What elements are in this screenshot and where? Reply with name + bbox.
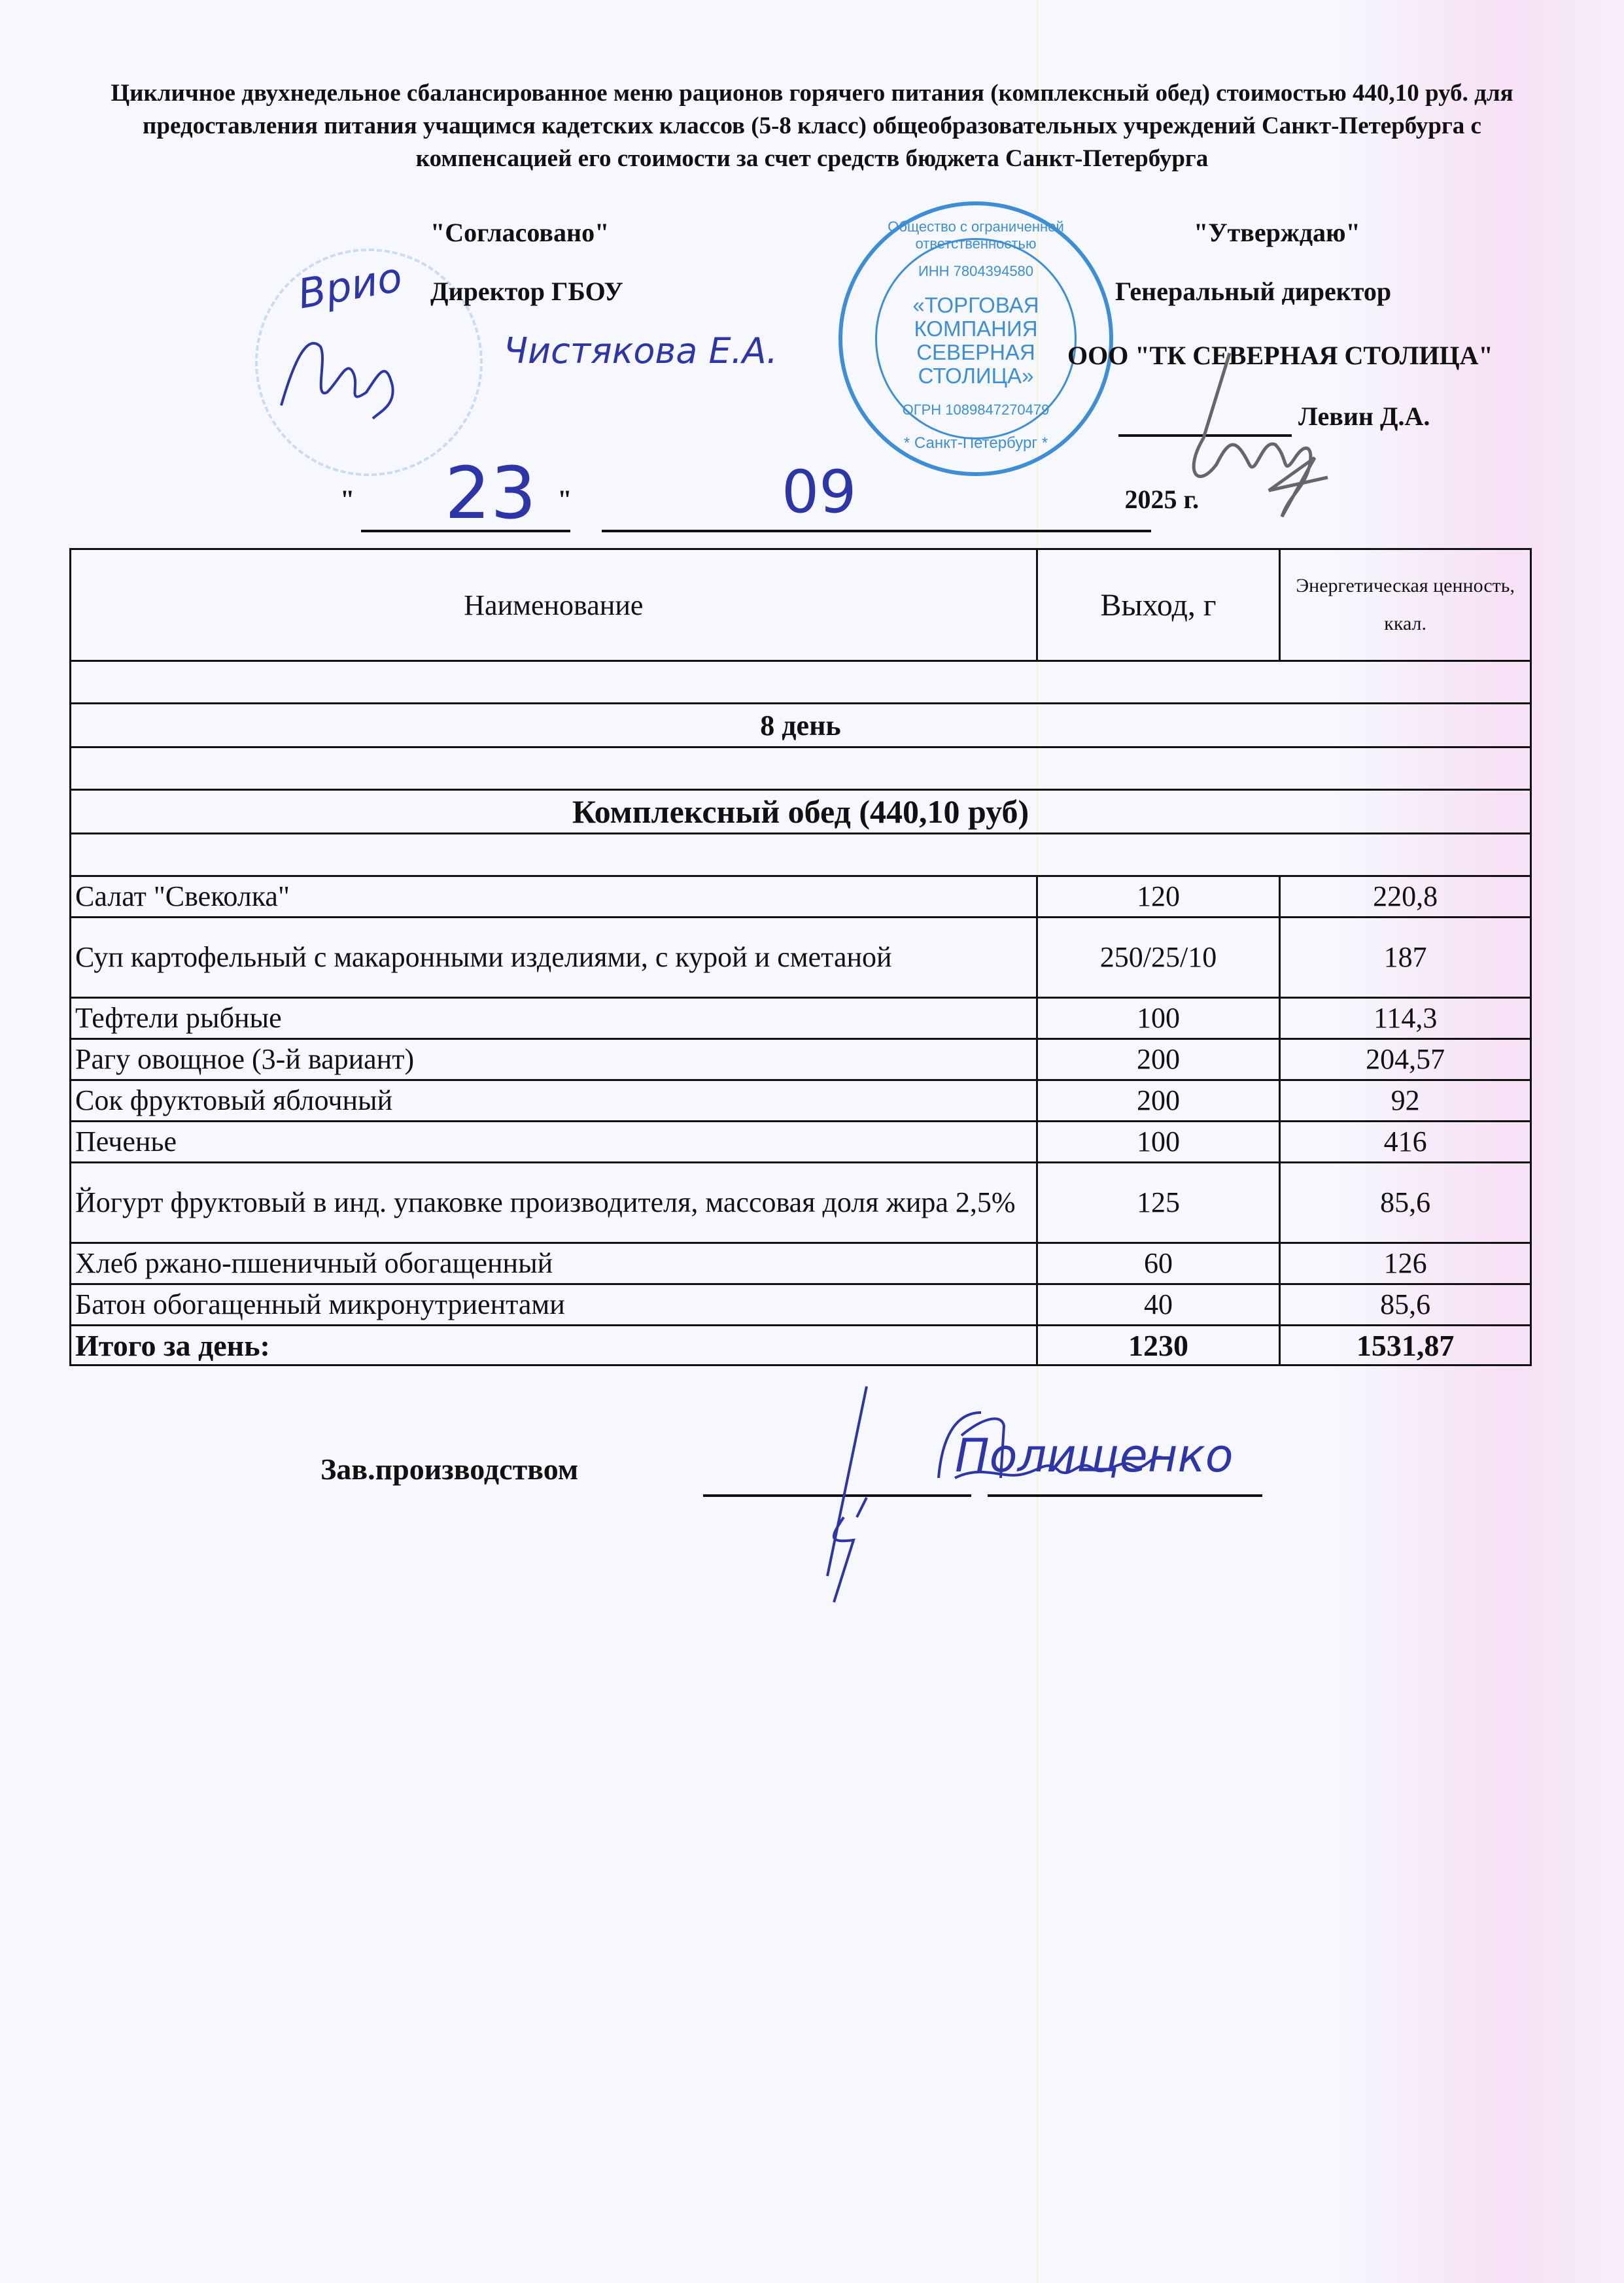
- header-name: Наименование: [71, 549, 1037, 661]
- header-energy: Энергетическая ценность, ккал.: [1280, 549, 1531, 661]
- spacer-row: [71, 834, 1531, 876]
- production-manager-label: Зав.производством: [320, 1452, 578, 1486]
- handwritten-date-month: 09: [782, 458, 857, 526]
- general-director-label: Генеральный директор: [1115, 276, 1391, 307]
- school-director-label: Директор ГБОУ: [430, 276, 623, 307]
- document-title: Цикличное двухнедельное сбалансированное…: [65, 77, 1559, 175]
- header-output: Выход, г: [1037, 549, 1280, 661]
- table-row: Салат "Свеколка" 120 220,8: [71, 876, 1531, 918]
- production-manager-signature: Полищенко: [765, 1386, 1288, 1596]
- table-header-row: Наименование Выход, г Энергетическая цен…: [71, 549, 1531, 661]
- spacer-row: [71, 747, 1531, 790]
- handwritten-date-day: 23: [445, 451, 536, 535]
- total-row: Итого за день: 1230 1531,87: [71, 1326, 1531, 1365]
- table-row: Йогурт фруктовый в инд. упаковке произво…: [71, 1163, 1531, 1243]
- company-stamp: Общество с ограниченной ответственностью…: [838, 201, 1113, 476]
- date-year: 2025 г.: [1124, 485, 1199, 514]
- menu-table: Наименование Выход, г Энергетическая цен…: [69, 548, 1532, 1366]
- spacer-row: [71, 661, 1531, 704]
- table-row: Тефтели рыбные 100 114,3: [71, 998, 1531, 1039]
- table-row: Печенье 100 416: [71, 1122, 1531, 1163]
- table-row: Батон обогащенный микронутриентами 40 85…: [71, 1284, 1531, 1326]
- table-row: Сок фруктовый яблочный 200 92: [71, 1080, 1531, 1122]
- svg-text:Полищенко: Полищенко: [955, 1429, 1234, 1483]
- agreed-label: "Согласовано": [430, 217, 609, 248]
- handwritten-director-name: Чистякова Е.А.: [504, 330, 778, 371]
- table-row: Суп картофельный с макаронными изделиями…: [71, 918, 1531, 998]
- table-row: Хлеб ржано-пшеничный обогащенный 60 126: [71, 1243, 1531, 1284]
- school-director-signature: [268, 320, 412, 419]
- approved-label: "Утверждаю": [1194, 217, 1360, 248]
- table-row: Рагу овощное (3-й вариант) 200 204,57: [71, 1039, 1531, 1080]
- day-row: 8 день: [71, 704, 1531, 747]
- meal-row: Комплексный обед (440,10 руб): [71, 790, 1531, 834]
- date-month-line: [602, 530, 1151, 532]
